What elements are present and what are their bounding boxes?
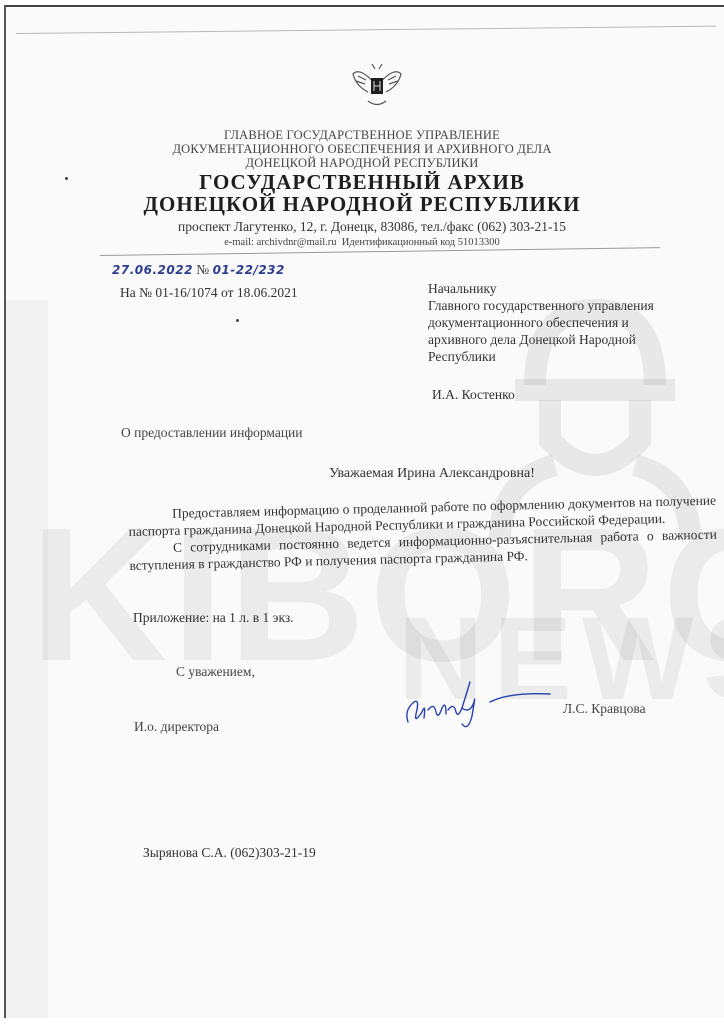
reference-line: На № 01-16/1074 от 18.06.2021 xyxy=(120,285,298,301)
letter-body: Предоставляем информацию о проделанной р… xyxy=(128,492,717,574)
signer-position: И.о. директора xyxy=(134,719,219,735)
address-line: проспект Лагутенко, 12, г. Донецк, 83086… xyxy=(0,219,724,235)
id-code: Идентификационный код 51013300 xyxy=(342,237,500,248)
scan-margin-shadow xyxy=(6,300,48,1018)
addressee-line-4: архивного дела Донецкой Народной xyxy=(428,331,688,348)
archive-title-line-2: ДОНЕЦКОЙ НАРОДНОЙ РЕСПУБЛИКИ xyxy=(0,192,724,217)
addressee-line-5: Республики xyxy=(428,348,688,365)
fold-line xyxy=(16,26,716,34)
handwritten-signature-icon xyxy=(400,672,560,732)
registration-line: 27.06.2022 № 01-22/232 xyxy=(112,262,285,278)
ink-dot xyxy=(236,319,239,322)
addressee-line-1: Начальнику xyxy=(428,280,688,297)
org-line-2: ДОКУМЕНТАЦИОННОГО ОБЕСПЕЧЕНИЯ И АРХИВНОГ… xyxy=(0,142,724,157)
handwritten-date: 27.06.2022 xyxy=(112,263,193,277)
letter-subject: О предоставлении информации xyxy=(121,425,303,441)
addressee-block: Начальнику Главного государственного упр… xyxy=(428,280,688,403)
addressee-line-3: документационного обеспечения и xyxy=(428,314,688,331)
email-label: e-mail: xyxy=(224,237,254,248)
email-link[interactable]: archivdnr@mail.ru xyxy=(257,237,337,248)
ink-dot xyxy=(65,177,68,180)
closing-regards: С уважением, xyxy=(176,664,255,680)
coat-of-arms-eagle-icon xyxy=(350,56,404,112)
attachment-note: Приложение: на 1 л. в 1 экз. xyxy=(133,610,294,626)
number-label: № xyxy=(196,262,209,277)
addressee-line-2: Главного государственного управления xyxy=(428,297,688,314)
org-line-3: ДОНЕЦКОЙ НАРОДНОЙ РЕСПУБЛИКИ xyxy=(0,156,724,171)
contact-person: Зырянова С.А. (062)303-21-19 xyxy=(143,845,316,861)
org-line-1: ГЛАВНОЕ ГОСУДАРСТВЕННОЕ УПРАВЛЕНИЕ xyxy=(0,128,724,143)
addressee-name: И.А. Костенко xyxy=(428,386,688,403)
handwritten-number: 01-22/232 xyxy=(213,263,285,277)
signer-name: Л.С. Кравцова xyxy=(563,701,646,717)
greeting: Уважаемая Ирина Александровна! xyxy=(0,466,724,482)
email-id-line: e-mail: archivdnr@mail.ru Идентификацион… xyxy=(0,237,724,248)
